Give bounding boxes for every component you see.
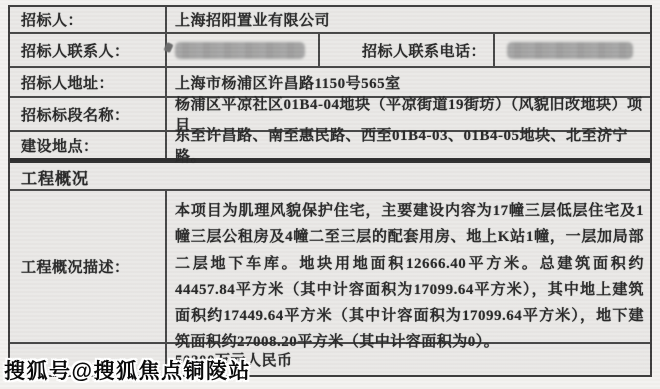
project-overview-header: 工程概况 (10, 163, 650, 191)
redacted-contact-name (175, 42, 305, 59)
bidder-label: 招标人： (10, 7, 167, 32)
sohu-watermark: 搜狐号@搜狐焦点铜陵站 (4, 355, 251, 385)
row-location: 建设地点： 东至许昌路、南至惠民路、西至01B4-03、01B4-05地块、北至… (10, 132, 650, 163)
project-overview-text: 本项目为肌理风貌保护住宅，主要建设内容为17幢三层低层住宅及1幢三层公租房及4幢… (167, 191, 650, 342)
phone-value-cell (495, 34, 650, 66)
bidder-value: 上海招阳置业有限公司 (167, 7, 650, 32)
row-overview: 工程概况描述： 本项目为肌理风貌保护住宅，主要建设内容为17幢三层低层住宅及1幢… (10, 191, 650, 344)
tender-info-table: 招标人： 上海招阳置业有限公司 招标人联系人： 招标人联系电话： 招标人地址： … (8, 5, 652, 377)
location-label: 建设地点： (10, 132, 167, 158)
location-value: 东至许昌路、南至惠民路、西至01B4-03、01B4-05地块、北至济宁路。 (167, 132, 650, 158)
redacted-contact-phone (507, 42, 633, 59)
row-section-header: 工程概况 (10, 163, 650, 191)
section-name-label: 招标标段名称： (10, 98, 167, 130)
contact-label: 招标人联系人： (10, 34, 167, 66)
phone-label: 招标人联系电话： (320, 34, 495, 66)
row-contact: 招标人联系人： 招标人联系电话： (10, 34, 650, 68)
contact-value-cell (167, 34, 320, 66)
overview-label: 工程概况描述： (10, 191, 167, 342)
address-label: 招标人地址： (10, 68, 167, 96)
row-bidder: 招标人： 上海招阳置业有限公司 (10, 7, 650, 34)
address-value: 上海市杨浦区许昌路1150号565室 (167, 68, 650, 96)
